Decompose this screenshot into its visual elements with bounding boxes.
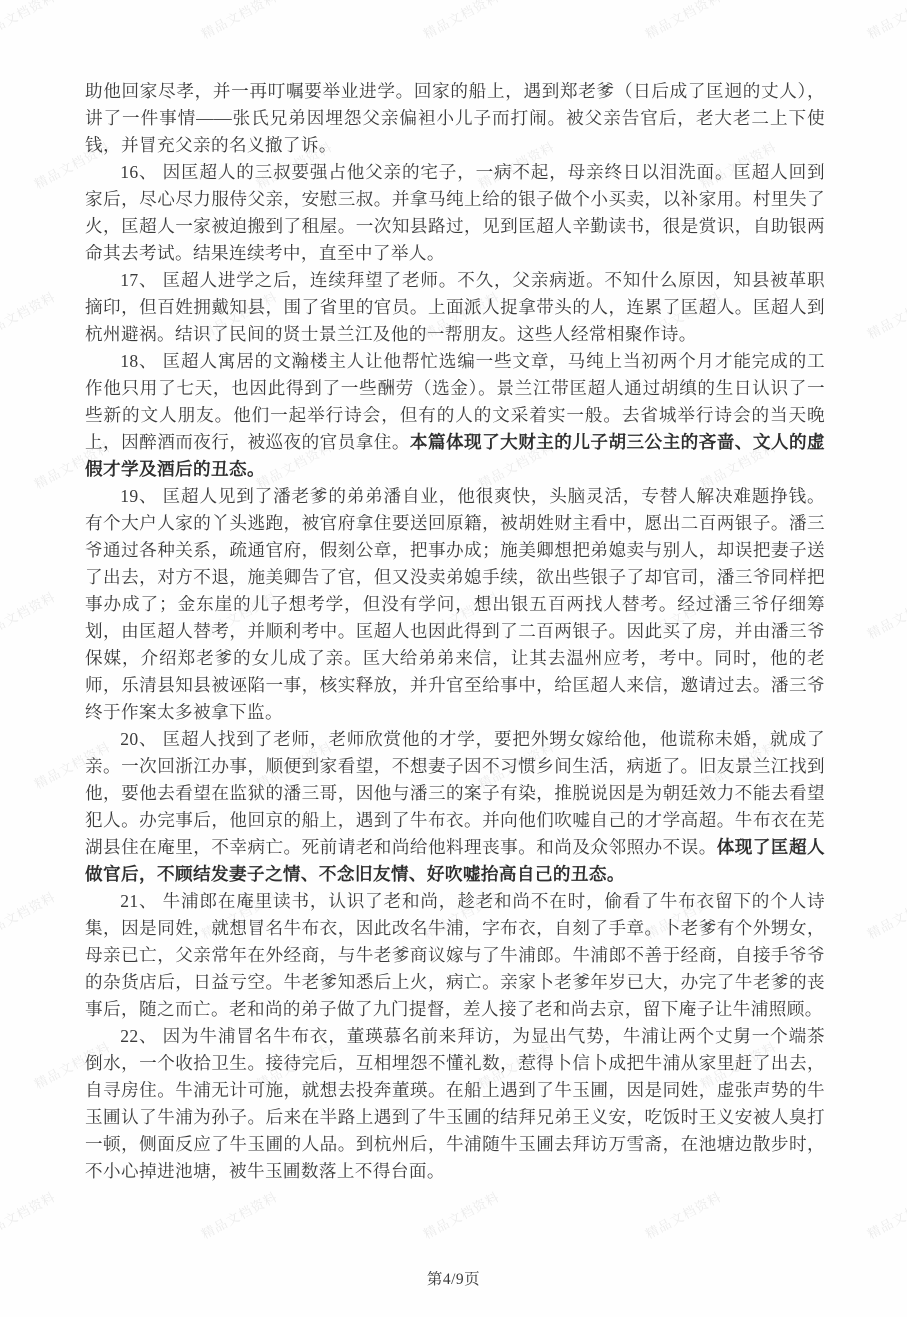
paragraph: 17、 匡超人进学之后，连续拜望了老师。不久，父亲病逝。不知什么原因，知县被革职… [85,267,825,348]
watermark-text: 精品文档资料 [0,586,59,642]
watermark-text: 精品文档资料 [863,0,907,43]
watermark-text: 精品文档资料 [197,0,280,43]
watermark-text: 精品文档资料 [641,0,724,43]
watermark-text: 精品文档资料 [863,886,907,942]
paragraph: 18、 匡超人寓居的文瀚楼主人让他帮忙选编一些文章，马纯上当初两个月才能完成的工… [85,348,825,483]
watermark-text: 精品文档资料 [863,1186,907,1242]
document-content: 助他回家尽孝，并一再叮嘱要举业进学。回家的船上，遇到郑老爹（日后成了匡迥的丈人）… [85,78,825,1185]
paragraph-text: 16、 因匡超人的三叔要强占他父亲的宅子，一病不起，母亲终日以泪洗面。匡超人回到… [85,162,825,263]
paragraph-text: 21、 牛浦郎在庵里读书，认识了老和尚，趁老和尚不在时，偷看了牛布衣留下的个人诗… [85,891,825,1019]
paragraph: 22、 因为牛浦冒名牛布衣，董瑛慕名前来拜访，为显出气势，牛浦让两个丈舅一个端茶… [85,1023,825,1185]
paragraph: 19、 匡超人见到了潘老爹的弟弟潘自业，他很爽快，头脑灵活，专替人解决难题挣钱。… [85,483,825,726]
paragraph: 16、 因匡超人的三叔要强占他父亲的宅子，一病不起，母亲终日以泪洗面。匡超人回到… [85,159,825,267]
document-page: 精品文档资料精品文档资料精品文档资料精品文档资料精品文档资料精品文档资料精品文档… [0,0,907,1317]
document-body: 助他回家尽孝，并一再叮嘱要举业进学。回家的船上，遇到郑老爹（日后成了匡迥的丈人）… [85,78,825,1185]
watermark-text: 精品文档资料 [863,586,907,642]
paragraph-text: 19、 匡超人见到了潘老爹的弟弟潘自业，他很爽快，头脑灵活，专替人解决难题挣钱。… [85,486,825,722]
paragraph-text: 17、 匡超人进学之后，连续拜望了老师。不久，父亲病逝。不知什么原因，知县被革职… [85,270,825,344]
paragraph: 20、 匡超人找到了老师，老师欣赏他的才学，要把外甥女嫁给他，他谎称未婚，就成了… [85,726,825,888]
paragraph: 21、 牛浦郎在庵里读书，认识了老和尚，趁老和尚不在时，偷看了牛布衣留下的个人诗… [85,888,825,1023]
paragraph-text: 助他回家尽孝，并一再叮嘱要举业进学。回家的船上，遇到郑老爹（日后成了匡迥的丈人）… [85,81,825,155]
watermark-text: 精品文档资料 [419,0,502,43]
watermark-text: 精品文档资料 [0,286,59,342]
paragraph-text: 20、 匡超人找到了老师，老师欣赏他的才学，要把外甥女嫁给他，他谎称未婚，就成了… [85,729,825,857]
watermark-text: 精品文档资料 [863,286,907,342]
paragraph-text: 22、 因为牛浦冒名牛布衣，董瑛慕名前来拜访，为显出气势，牛浦让两个丈舅一个端茶… [85,1026,825,1181]
page-number: 第4/9页 [0,1267,907,1289]
watermark-text: 精品文档资料 [0,1186,59,1242]
watermark-text: 精品文档资料 [197,1186,280,1242]
paragraph: 助他回家尽孝，并一再叮嘱要举业进学。回家的船上，遇到郑老爹（日后成了匡迥的丈人）… [85,78,825,159]
watermark-text: 精品文档资料 [0,886,59,942]
watermark-text: 精品文档资料 [419,1186,502,1242]
watermark-text: 精品文档资料 [0,0,59,43]
watermark-text: 精品文档资料 [641,1186,724,1242]
